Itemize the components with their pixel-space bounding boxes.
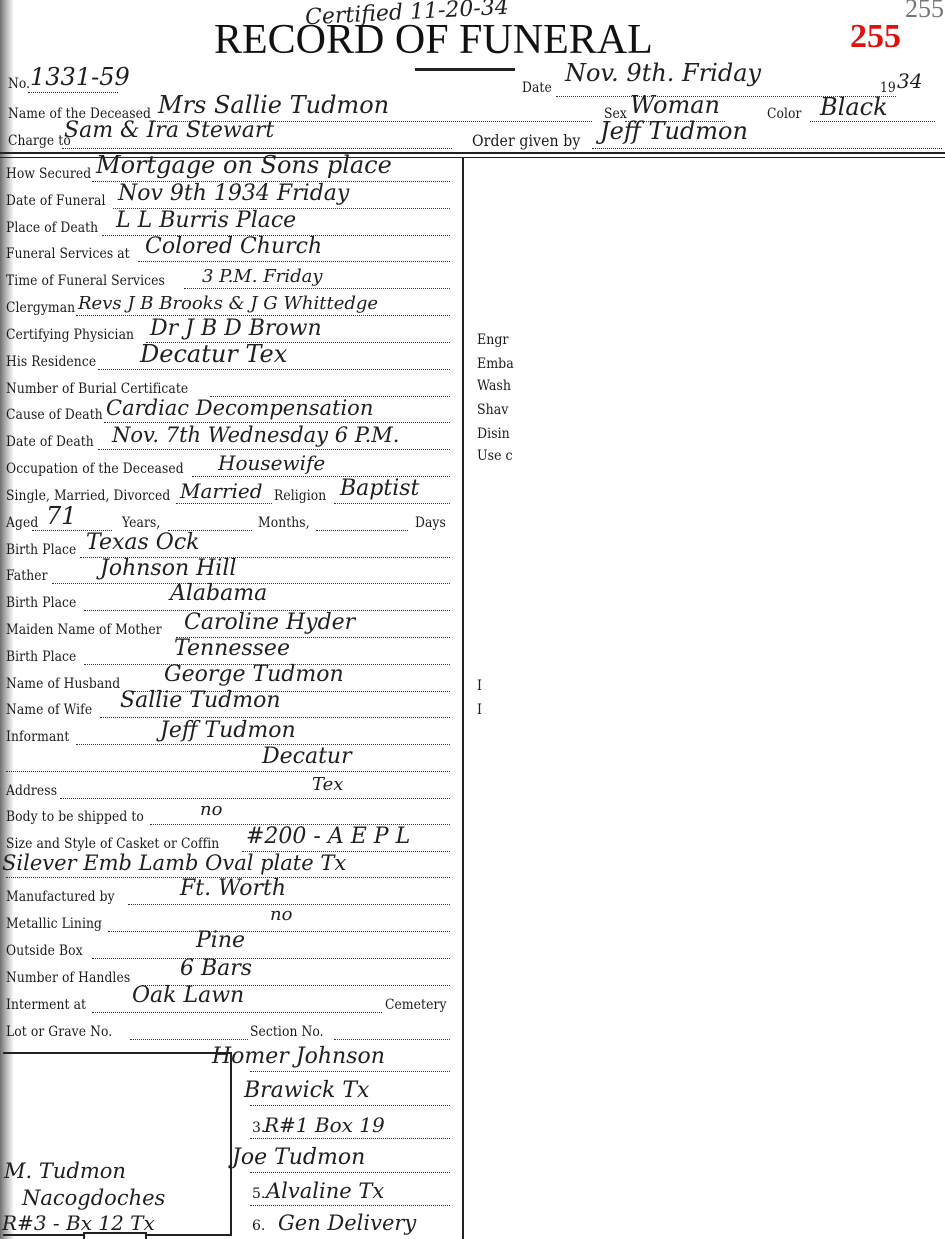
field-line [60, 798, 450, 799]
right-label-disin: Disin [477, 426, 510, 442]
year-value: 34 [897, 70, 922, 92]
field-value-how-secured: Mortgage on Sons place [96, 154, 392, 176]
aged-label: Aged [6, 515, 38, 531]
lot-line [130, 1039, 248, 1040]
field-line [184, 288, 450, 289]
lower-label-manufactured-by: Manufactured by [6, 889, 115, 905]
box-note-line1: M. Tudmon [4, 1160, 126, 1182]
family-value-father: Johnson Hill [100, 558, 236, 580]
pallbearer-5: Alvaline Tx [266, 1180, 384, 1202]
field-value-time-of-funeral-services: 3 P.M. Friday [202, 266, 323, 288]
field-label-clergyman: Clergyman [6, 300, 75, 316]
pallbearer-line [250, 1205, 450, 1206]
lower-value-metallic-lining: no [270, 904, 292, 926]
order-value: Jeff Tudmon [600, 120, 748, 142]
right-label-use: Use c [477, 448, 513, 464]
lower-label-metallic-lining: Metallic Lining [6, 916, 102, 932]
column-divider [462, 158, 464, 1239]
family-label-father-birth-place: Birth Place [6, 595, 76, 611]
color-line [810, 121, 935, 122]
pallbearer-line [250, 1138, 450, 1139]
field-label-burial-certificate: Number of Burial Certificate [6, 381, 188, 397]
religion-line [334, 503, 450, 504]
pallbearer-6-num: 6. [252, 1218, 265, 1234]
lower-label-outside-box: Outside Box [6, 943, 83, 959]
color-label: Color [767, 106, 802, 122]
pallbearer-2: Brawick Tx [244, 1080, 369, 1102]
order-label: Order given by [472, 133, 580, 149]
right-label-i-2: I [477, 702, 482, 718]
aged-years-value: 71 [46, 505, 77, 527]
field-label-his-residence: His Residence [6, 354, 96, 370]
field-label-date-of-funeral: Date of Funeral [6, 193, 105, 209]
field-line [92, 958, 450, 959]
field-value-date-of-funeral: Nov 9th 1934 Friday [118, 183, 349, 205]
religion-label: Religion [274, 488, 326, 504]
deceased-value: Mrs Sallie Tudmon [158, 94, 389, 116]
field-line [138, 261, 450, 262]
field-line [98, 369, 450, 370]
field-label-funeral-services-at: Funeral Services at [6, 246, 130, 262]
field-label-place-of-death: Place of Death [6, 220, 98, 236]
field-line [108, 931, 450, 932]
family-label-mother-maiden-name: Maiden Name of Mother [6, 622, 162, 638]
right-label-engr: Engr [477, 332, 508, 348]
field-value-occupation: Housewife [218, 452, 325, 474]
pallbearer-4: Joe Tudmon [232, 1147, 365, 1169]
right-label-emba: Emba [477, 356, 514, 372]
ghost-page-number: 255 [905, 0, 944, 24]
family-value-mother-birth-place: Tennessee [174, 638, 290, 660]
family-value-body-shipped-to: no [200, 799, 222, 821]
aged-days-line [316, 530, 408, 531]
section-label: Section No. [250, 1024, 324, 1040]
religion-value: Baptist [340, 478, 419, 500]
field-value-date-of-death: Nov. 7th Wednesday 6 P.M. [112, 424, 399, 446]
field-line [98, 449, 450, 450]
field-label-occupation: Occupation of the Deceased [6, 461, 184, 477]
lower-value-manufactured-by: Ft. Worth [180, 878, 286, 900]
family-value-informant: Jeff Tudmon [160, 720, 296, 742]
days-label: Days [415, 515, 446, 531]
date-value: Nov. 9th. Friday [565, 62, 761, 84]
cemetery-label: Cemetery [385, 997, 446, 1013]
color-value: Black [820, 96, 888, 118]
interment-line [92, 1012, 382, 1013]
family-value-wife: Sallie Tudmon [120, 690, 281, 712]
funeral-record-page: Certified 11-20-34 255 RECORD OF FUNERAL… [0, 0, 945, 1239]
family-value-father-birth-place: Alabama [170, 583, 267, 605]
field-label-cause-of-death: Cause of Death [6, 407, 103, 423]
page-title: RECORD OF FUNERAL [214, 18, 653, 62]
right-label-shav: Shav [477, 402, 508, 418]
pallbearer-3: R#1 Box 19 [264, 1114, 385, 1136]
charge-value: Sam & Ira Stewart [64, 120, 274, 142]
box-note-line2: Nacogdoches [22, 1187, 165, 1209]
field-label-certifying-physician: Certifying Physician [6, 327, 134, 343]
field-line-continuation [6, 771, 450, 772]
title-rule [415, 68, 515, 71]
order-line [592, 148, 942, 149]
lower-value-outside-box: Pine [196, 930, 245, 952]
family-label-address: Address [6, 783, 57, 799]
field-label-time-of-funeral-services: Time of Funeral Services [6, 273, 165, 289]
no-label: No. [8, 76, 30, 92]
date-label: Date [522, 80, 552, 96]
marital-line [176, 503, 272, 504]
family-label-husband: Name of Husband [6, 676, 120, 692]
years-label: Years, [122, 515, 160, 531]
right-label-i-1: I [477, 678, 482, 694]
field-label-how-secured: How Secured [6, 166, 91, 182]
pallbearer-5-num: 5. [252, 1186, 265, 1202]
interment-value: Oak Lawn [132, 985, 244, 1007]
field-value-cause-of-death: Cardiac Decompensation [106, 397, 373, 419]
family-value-address: Tex [312, 774, 343, 796]
sex-value: Woman [630, 94, 720, 116]
right-label-wash: Wash [477, 378, 511, 394]
section-line [334, 1039, 450, 1040]
casket-continuation-value: Silever Emb Lamb Oval plate Tx [2, 852, 346, 874]
field-label-date-of-death: Date of Death [6, 434, 94, 450]
field-value-clergyman: Revs J B Brooks & J G Whittedge [78, 293, 378, 315]
family-label-mother-birth-place: Birth Place [6, 649, 76, 665]
charge-line [62, 148, 452, 149]
box-note-line3: R#3 - Bx 12 Tx [2, 1212, 155, 1234]
pallbearer-1: Homer Johnson [212, 1046, 385, 1068]
pallbearer-6: Gen Delivery [278, 1212, 416, 1234]
lower-label-number-of-handles: Number of Handles [6, 970, 130, 986]
family-label-father: Father [6, 568, 48, 584]
family-value-mother-maiden-name: Caroline Hyder [184, 612, 355, 634]
casket-value: #200 - A E P L [246, 826, 410, 848]
field-value-funeral-services-at: Colored Church [145, 236, 322, 258]
pallbearer-line [250, 1071, 450, 1072]
pallbearer-line [250, 1105, 450, 1106]
no-line [28, 92, 118, 93]
charge-label: Charge to [8, 133, 71, 149]
casket-label: Size and Style of Casket or Coffin [6, 836, 219, 852]
lower-value-number-of-handles: 6 Bars [180, 958, 252, 980]
page-number: 255 [850, 18, 901, 56]
family-value-informant-city: Decatur [262, 746, 352, 768]
months-label: Months, [258, 515, 310, 531]
family-label-body-shipped-to: Body to be shipped to [6, 809, 144, 825]
marital-value: Married [180, 480, 263, 502]
family-label-informant: Informant [6, 729, 69, 745]
family-value-husband: George Tudmon [164, 664, 344, 686]
interment-label: Interment at [6, 997, 86, 1013]
field-value-certifying-physician: Dr J B D Brown [150, 318, 322, 340]
no-value: 1331-59 [30, 66, 130, 88]
family-label-birth-place: Birth Place [6, 542, 76, 558]
lot-label: Lot or Grave No. [6, 1024, 112, 1040]
family-value-birth-place: Texas Ock [86, 532, 199, 554]
marital-label: Single, Married, Divorced [6, 488, 170, 504]
pallbearer-line [250, 1172, 450, 1173]
field-value-his-residence: Decatur Tex [140, 343, 287, 365]
field-value-place-of-death: L L Burris Place [116, 210, 296, 232]
family-label-wife: Name of Wife [6, 702, 92, 718]
